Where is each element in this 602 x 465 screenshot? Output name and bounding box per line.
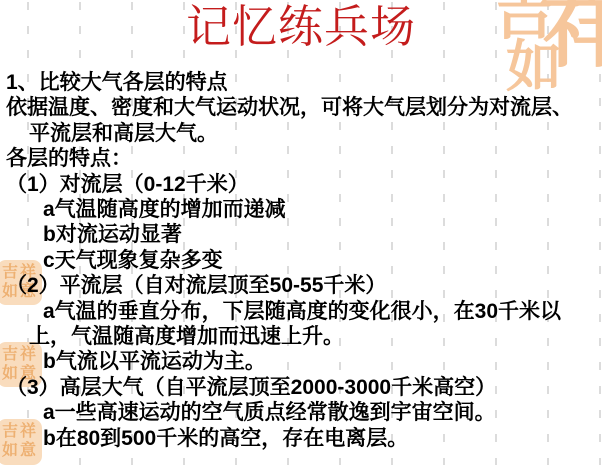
text-line: （2）平流层（自对流层顶至50-55千米）: [0, 273, 602, 298]
text-line: 平流层和高层大气。: [0, 121, 602, 146]
text-line: b对流运动显著: [0, 222, 602, 247]
text-line: b气流以平流运动为主。: [0, 349, 602, 374]
text-line: a一些高速运动的空气质点经常散逸到宇宙空间。: [0, 400, 602, 425]
body-text: 1、比较大气各层的特点依据温度、密度和大气运动状况，可将大气层划分为对流层、平流…: [0, 70, 602, 451]
text-line: 上，气温随高度增加而迅速上升。: [0, 324, 602, 349]
text-line: （1）对流层（0-12千米）: [0, 172, 602, 197]
slide-title: 记忆练兵场: [0, 1, 602, 53]
text-line: （3）高层大气（自平流层顶至2000-3000千米高空）: [0, 375, 602, 400]
text-line: 依据温度、密度和大气运动状况，可将大气层划分为对流层、: [0, 95, 602, 120]
text-line: 1、比较大气各层的特点: [0, 70, 602, 95]
text-line: 各层的特点：: [0, 146, 602, 171]
text-line: a气温的垂直分布，下层随高度的变化很小，在30千米以: [0, 299, 602, 324]
text-line: b在80到500千米的高空，存在电离层。: [0, 426, 602, 451]
slide-canvas: 吉 祥 如 吉祥如意 吉祥如意 吉祥如意 记忆练兵场 1、比较大气各层的特点依据…: [0, 0, 602, 465]
text-line: c天气现象复杂多变: [0, 248, 602, 273]
text-line: a气温随高度的增加而递减: [0, 197, 602, 222]
